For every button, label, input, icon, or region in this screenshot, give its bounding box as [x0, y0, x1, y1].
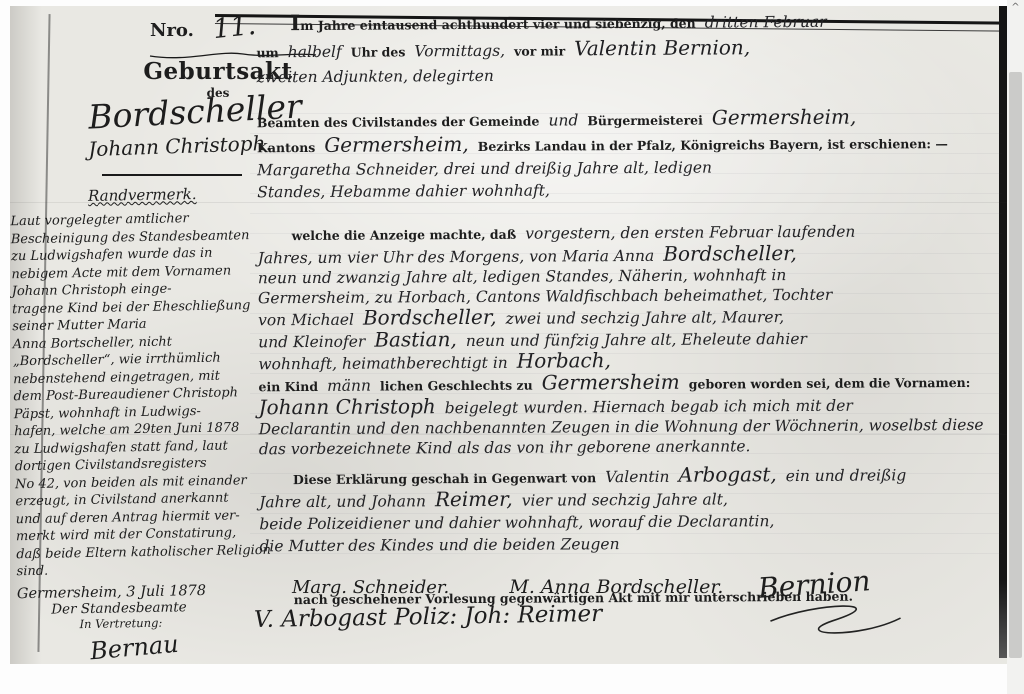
record-number-block: Nro. 11. — [150, 12, 256, 43]
printed-form-text: Kantons — [257, 137, 315, 159]
signature-row-1: Marg. Schneider. M. Anna Bordscheller. — [292, 576, 723, 598]
margin-note-heading: Randvermerk. — [88, 184, 268, 205]
scanned-birth-record: Nro. 11. Geburtsakt des Bordscheller Joh… — [10, 6, 1007, 664]
body-line: KantonsGermersheim,Bezirks Landau in der… — [257, 130, 1005, 160]
body-paragraph: Beamten des Civilstandes der Gemeindeund… — [257, 105, 1006, 204]
signature-registrar: Bernion — [757, 564, 871, 605]
printed-form-text: Beamten des Civilstandes der Gemeinde — [257, 111, 540, 135]
header-divider — [102, 174, 242, 176]
handwritten-entry: halbelf — [288, 40, 342, 64]
handwritten-entry: Germersheim — [542, 372, 680, 393]
printed-form-text: geboren worden sei, dem die Vornamen: — [689, 373, 971, 395]
signature-declarant: Marg. Schneider. — [292, 577, 449, 598]
record-number-value: 11. — [211, 10, 257, 45]
margin-note: Randvermerk. Laut vorgelegter amtlicherB… — [10, 184, 276, 660]
scrollbar-thumb[interactable] — [1009, 72, 1022, 658]
printed-form-text: welche die Anzeige machte, daß — [291, 225, 516, 246]
handwritten-entry: das vorbezeichnete Kind als das von ihr … — [259, 436, 751, 459]
handwritten-entry: beide Polizeidiener und dahier wohnhaft,… — [259, 511, 774, 535]
handwritten-entry: Valentin Bernion, — [574, 35, 750, 60]
handwritten-entry: ein und dreißig — [786, 465, 907, 487]
handwritten-entry: Horbach, — [517, 350, 611, 371]
handwritten-entry: Arbogast, — [678, 464, 776, 486]
handwritten-entry: Bastian, — [374, 329, 457, 350]
printed-form-text: Bezirks Landau in der Pfalz, Königreichs… — [478, 133, 948, 158]
printed-form-text: Im Jahre eintausend achthundert vier und… — [290, 10, 696, 38]
printed-form-text: vor mir — [514, 39, 565, 63]
handwritten-entry: Germersheim, — [324, 133, 469, 156]
handwritten-entry: Bordscheller, — [363, 307, 497, 328]
body-line: Standes, Hebamme dahier wohnhaft, — [257, 177, 1005, 204]
printed-form-text: lichen Geschlechts zu — [380, 376, 533, 397]
handwritten-entry: Jahre alt, und Johann — [259, 491, 426, 513]
handwritten-entry: beigelegt wurden. Hiernach begab ich mic… — [445, 396, 853, 418]
handwritten-entry: Reimer, — [435, 489, 513, 510]
body-paragraph: Im Jahre eintausend achthundert vier und… — [256, 8, 1004, 90]
handwritten-entry: vorgestern, den ersten Februar laufenden — [525, 222, 855, 244]
handwritten-entry: Valentin — [605, 467, 669, 488]
body-paragraph: welche die Anzeige machte, daßvorgestern… — [257, 221, 1006, 460]
document-viewer: Nro. 11. Geburtsakt des Bordscheller Joh… — [0, 0, 1024, 694]
printed-form-text: Uhr des — [351, 40, 406, 64]
body-line: ein Kindmännlichen Geschlechts zuGermers… — [258, 370, 1006, 398]
handwritten-entry: Jahres, um vier Uhr des Morgens, von Mar… — [258, 246, 655, 268]
handwritten-entry: und Kleinofer — [258, 332, 365, 353]
handwritten-entry: von Michael — [258, 310, 354, 331]
handwritten-entry: zweiten Adjunkten, delegirten — [256, 64, 493, 89]
printed-form-text: Bürgermeisterei — [587, 110, 703, 133]
handwritten-entry: Margaretha Schneider, drei und dreißig J… — [257, 157, 712, 182]
vertical-scrollbar[interactable]: ^ — [1007, 0, 1024, 694]
scrollbar-up-arrow-icon[interactable]: ^ — [1007, 0, 1024, 16]
handwritten-entry: männ — [327, 376, 371, 396]
handwritten-entry: Bordscheller, — [663, 243, 797, 264]
signature-flourish-icon — [761, 593, 914, 645]
body-line: die Mutter des Kindes und die beiden Zeu… — [259, 531, 1007, 558]
record-number-label: Nro. — [150, 20, 194, 41]
body-paragraph: Diese Erklärung geschah in Gegenwart von… — [259, 463, 1007, 558]
handwritten-entry: dritten Februar — [705, 10, 827, 35]
signature-mother: M. Anna Bordscheller. — [509, 576, 723, 598]
body-column: Im Jahre eintausend achthundert vier und… — [256, 8, 1007, 613]
body-line: zweiten Adjunkten, delegirten — [256, 61, 1004, 90]
handwritten-entry: Germersheim, — [712, 106, 857, 129]
handwritten-entry: Vormittags, — [414, 39, 505, 64]
body-line: Diese Erklärung geschah in Gegenwart von… — [259, 463, 1007, 491]
signature-witnesses: V. Arbogast Poliz: Joh: Reimer — [254, 601, 603, 633]
body-line: das vorbezeichnete Kind als das von ihr … — [259, 435, 1007, 460]
handwritten-entry: Johann Christoph — [259, 396, 436, 417]
handwritten-entry: Standes, Hebamme dahier wohnhaft, — [257, 179, 550, 203]
handwritten-entry: zwei und sechzig Jahre alt, Maurer, — [506, 307, 785, 329]
handwritten-entry: und — [548, 109, 578, 131]
handwritten-entry: die Mutter des Kindes und die beiden Zeu… — [259, 534, 619, 557]
handwritten-entry: vier und sechzig Jahre alt, — [522, 489, 728, 511]
margin-note-lines: Laut vorgelegter amtlicherBescheinigung … — [10, 209, 274, 581]
printed-form-text: um — [256, 41, 278, 65]
handwritten-entry: wohnhaft, heimathberechtigt in — [258, 353, 508, 375]
